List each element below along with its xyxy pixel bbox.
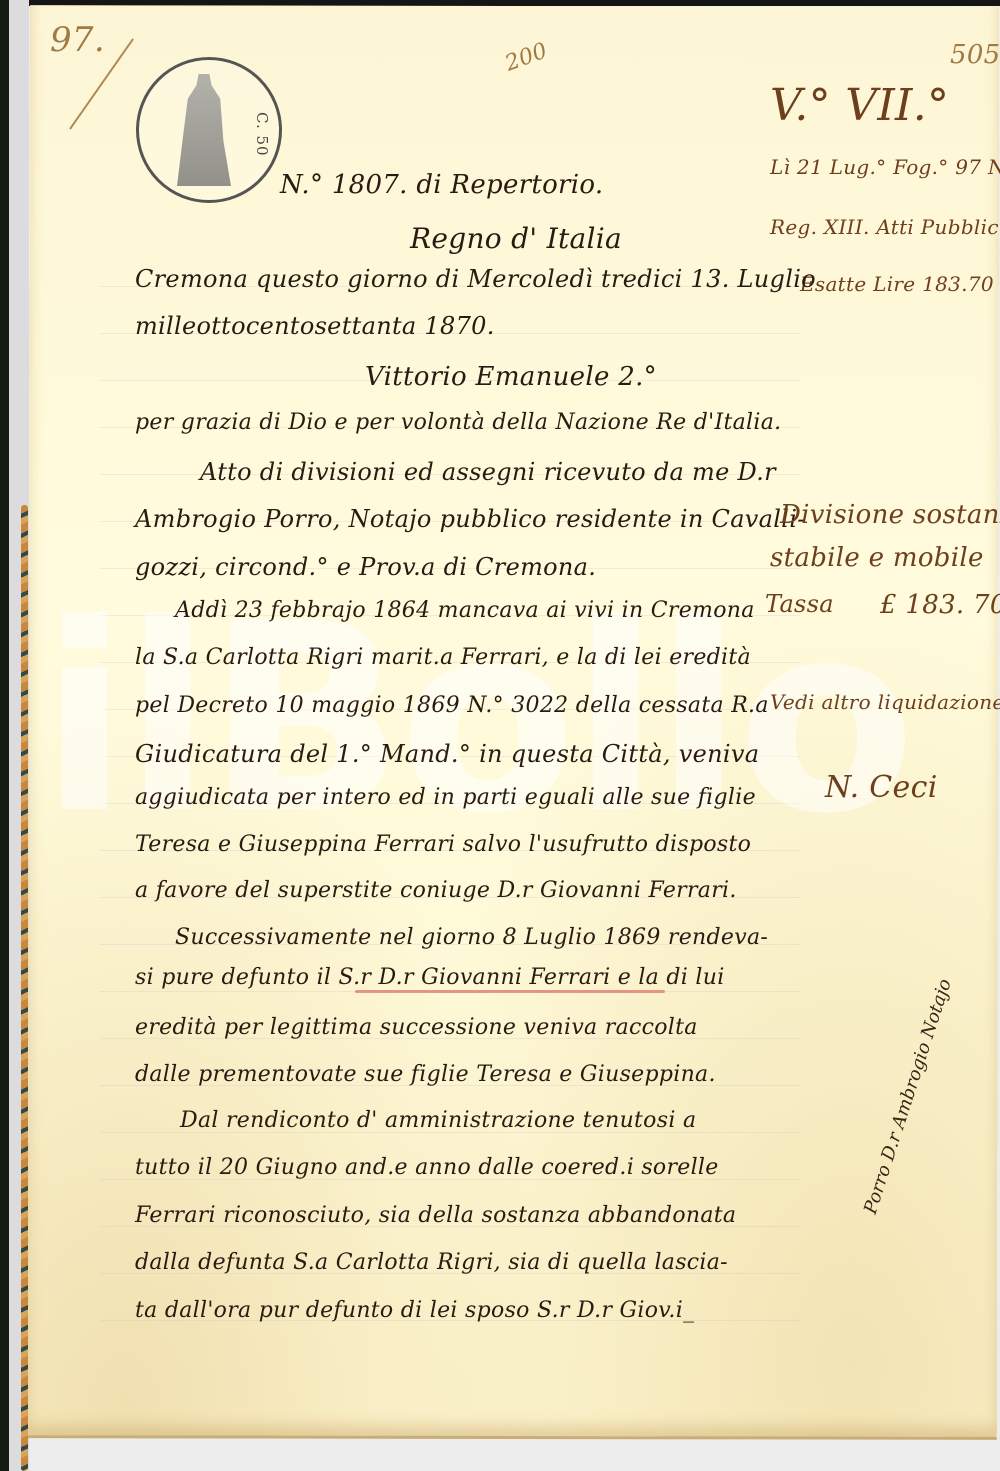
text-line-18: dalle prementovate sue figlie Teresa e G…	[135, 1062, 716, 1087]
text-line-19: Dal rendiconto d' amministrazione tenuto…	[180, 1108, 696, 1133]
text-line-1: Cremona questo giorno di Mercoledì tredi…	[135, 265, 816, 293]
liquidation-note: Vedi altro liquidazione	[770, 690, 1000, 714]
margin-initials: N. Ceci	[825, 770, 938, 805]
text-line-16: si pure defunto il S.r D.r Giovanni Ferr…	[135, 965, 725, 990]
text-line-23: ta dall'ora pur defunto di lei sposo S.r…	[135, 1298, 694, 1323]
text-line-22: dalla defunta S.a Carlotta Rigri, sia di…	[135, 1250, 728, 1275]
watermark: ilBollo	[40, 590, 910, 850]
tax-amount: £ 183. 70	[880, 590, 1000, 620]
scan-left-edge	[0, 0, 9, 1471]
text-line-17: eredità per legittima successione veniva…	[135, 1015, 698, 1040]
binding-cord	[21, 505, 28, 1471]
text-line-9: la S.a Carlotta Rigri marit.a Ferrari, e…	[135, 645, 751, 670]
text-line-21: Ferrari riconosciuto, sia della sostanza…	[135, 1203, 736, 1228]
text-line-3: Vittorio Emanuele 2.°	[365, 362, 657, 392]
text-line-13: Teresa e Giuseppina Ferrari salvo l'usuf…	[135, 832, 751, 857]
text-line-6: Ambrogio Porro, Notajo pubblico resident…	[135, 505, 806, 533]
tax-label: Tassa	[765, 590, 834, 618]
text-line-4: per grazia di Dio e per volontà della Na…	[135, 410, 781, 435]
corner-mark-top-right: 505	[950, 40, 1000, 70]
text-line-8: Addì 23 febbrajo 1864 mancava ai vivi in…	[175, 598, 755, 623]
red-underline	[355, 990, 665, 993]
corner-mark-top-left: 97.	[50, 20, 105, 60]
kingdom-title: Regno d' Italia	[410, 222, 622, 255]
text-line-14: a favore del superstite coniuge D.r Giov…	[135, 878, 737, 903]
text-line-2: milleottocentosettanta 1870.	[135, 312, 495, 340]
stamp-value: C. 50	[253, 112, 271, 157]
text-line-12: aggiudicata per intero ed in parti egual…	[135, 785, 756, 810]
registration-line-1: Lì 21 Lug.° Fog.° 97 N.° 1006	[770, 155, 1000, 179]
text-line-15: Successivamente nel giorno 8 Luglio 1869…	[175, 925, 768, 950]
repertorio-number: N.° 1807. di Repertorio.	[280, 170, 603, 200]
subject-line-1: Divisione sostanza	[780, 500, 1000, 530]
volume-mark: V.° VII.°	[770, 80, 949, 131]
text-line-7: gozzi, circond.° e Prov.a di Cremona.	[135, 553, 596, 581]
text-line-10: pel Decreto 10 maggio 1869 N.° 3022 dell…	[135, 693, 769, 718]
text-line-20: tutto il 20 Giugno and.e anno dalle coer…	[135, 1155, 719, 1180]
registration-line-2: Reg. XIII. Atti Pubblici	[770, 215, 1000, 239]
text-line-11: Giudicatura del 1.° Mand.° in questa Cit…	[135, 740, 759, 768]
subject-line-2: stabile e mobile	[770, 543, 984, 573]
text-line-5: Atto di divisioni ed assegni ricevuto da…	[200, 458, 776, 486]
registration-line-3: Esatte Lire 183.70	[800, 272, 994, 296]
italia-turrita-figure-icon	[177, 74, 231, 186]
revenue-stamp: C. 50	[136, 57, 282, 203]
